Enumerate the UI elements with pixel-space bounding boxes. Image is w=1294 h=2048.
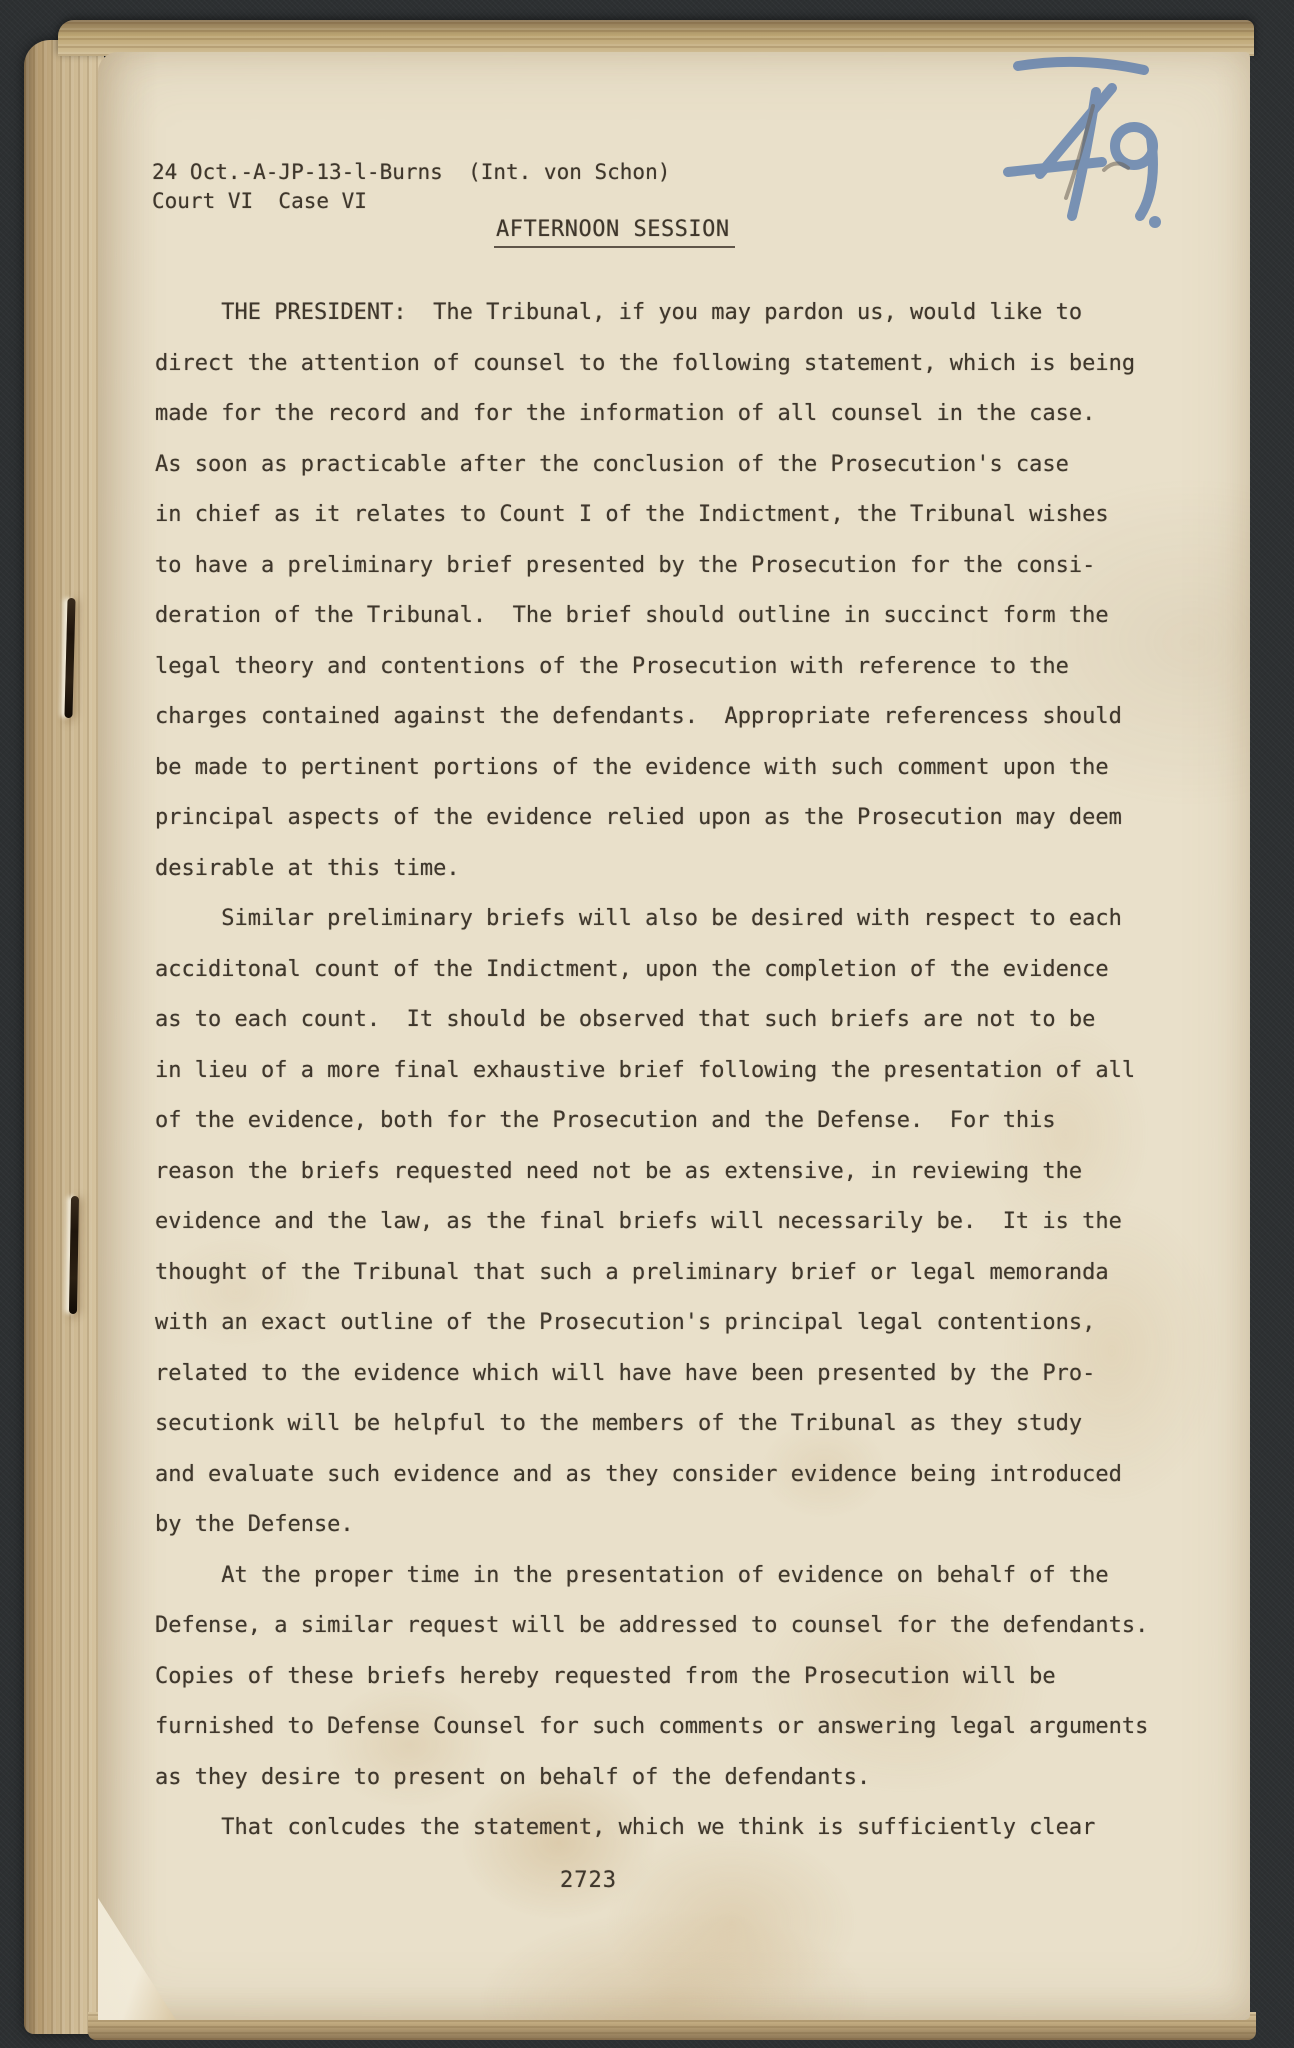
typed-line: acciditonal count of the Indictment, upo… — [155, 945, 1165, 996]
typed-line: evidence and the law, as the final brief… — [155, 1197, 1165, 1248]
typed-line: and evaluate such evidence and as they c… — [155, 1450, 1165, 1501]
crayon-dot — [1149, 216, 1161, 228]
typed-line: As soon as practicable after the conclus… — [155, 440, 1165, 491]
typed-line: legal theory and contentions of the Pros… — [155, 642, 1165, 693]
typed-line: That conlcudes the statement, which we t… — [155, 1803, 1165, 1854]
crayon-stroke — [1018, 62, 1144, 70]
typed-line: principal aspects of the evidence relied… — [155, 793, 1165, 844]
transcript-body: THE PRESIDENT: The Tribunal, if you may … — [155, 288, 1165, 1854]
pencil-stroke — [1104, 163, 1128, 170]
typed-line: secutionk will be helpful to the members… — [155, 1399, 1165, 1450]
typed-line: Defense, a similar request will be addre… — [155, 1601, 1165, 1652]
typed-line: THE PRESIDENT: The Tribunal, if you may … — [155, 288, 1165, 339]
typed-page-number: 2723 — [560, 1868, 617, 1893]
typed-line: made for the record and for the informat… — [155, 389, 1165, 440]
typed-line: by the Defense. — [155, 1500, 1165, 1551]
typed-line: reason the briefs requested need not be … — [155, 1147, 1165, 1198]
crayon-stroke — [1008, 162, 1102, 172]
typed-line: related to the evidence which will have … — [155, 1349, 1165, 1400]
typed-line: in chief as it relates to Count I of the… — [155, 490, 1165, 541]
typed-line: in lieu of a more final exhaustive brief… — [155, 1046, 1165, 1097]
header-line-1: 24 Oct.-A-JP-13-l-Burns (Int. von Schon) — [152, 158, 670, 187]
document-header: 24 Oct.-A-JP-13-l-Burns (Int. von Schon)… — [152, 158, 670, 216]
typed-line: be made to pertinent portions of the evi… — [155, 743, 1165, 794]
typed-line: to have a preliminary brief presented by… — [155, 541, 1165, 592]
typed-line: thought of the Tribunal that such a prel… — [155, 1248, 1165, 1299]
page-stack-left-edge — [24, 40, 104, 2034]
typed-line: Copies of these briefs hereby requested … — [155, 1652, 1165, 1703]
handwritten-page-number: 49. — [992, 48, 1187, 238]
typed-line: direct the attention of counsel to the f… — [155, 339, 1165, 390]
typed-line: charges contained against the defendants… — [155, 692, 1165, 743]
typed-line: furnished to Defense Counsel for such co… — [155, 1702, 1165, 1753]
crayon-stroke — [1140, 138, 1153, 216]
typed-line: as they desire to present on behalf of t… — [155, 1753, 1165, 1804]
scanned-document-photo: 49. 24 Oct.-A-JP-13-l-Burns (Int. von Sc… — [0, 0, 1294, 2048]
typed-line: deration of the Tribunal. The brief shou… — [155, 591, 1165, 642]
typed-line: At the proper time in the presentation o… — [155, 1551, 1165, 1602]
typed-line: Similar preliminary briefs will also be … — [155, 894, 1165, 945]
typed-line: with an exact outline of the Prosecution… — [155, 1298, 1165, 1349]
header-line-2: Court VI Case VI — [152, 187, 670, 216]
session-title: AFTERNOON SESSION — [494, 217, 735, 248]
typed-line: as to each count. It should be observed … — [155, 995, 1165, 1046]
typed-line: desirable at this time. — [155, 844, 1165, 895]
typed-line: of the evidence, both for the Prosecutio… — [155, 1096, 1165, 1147]
